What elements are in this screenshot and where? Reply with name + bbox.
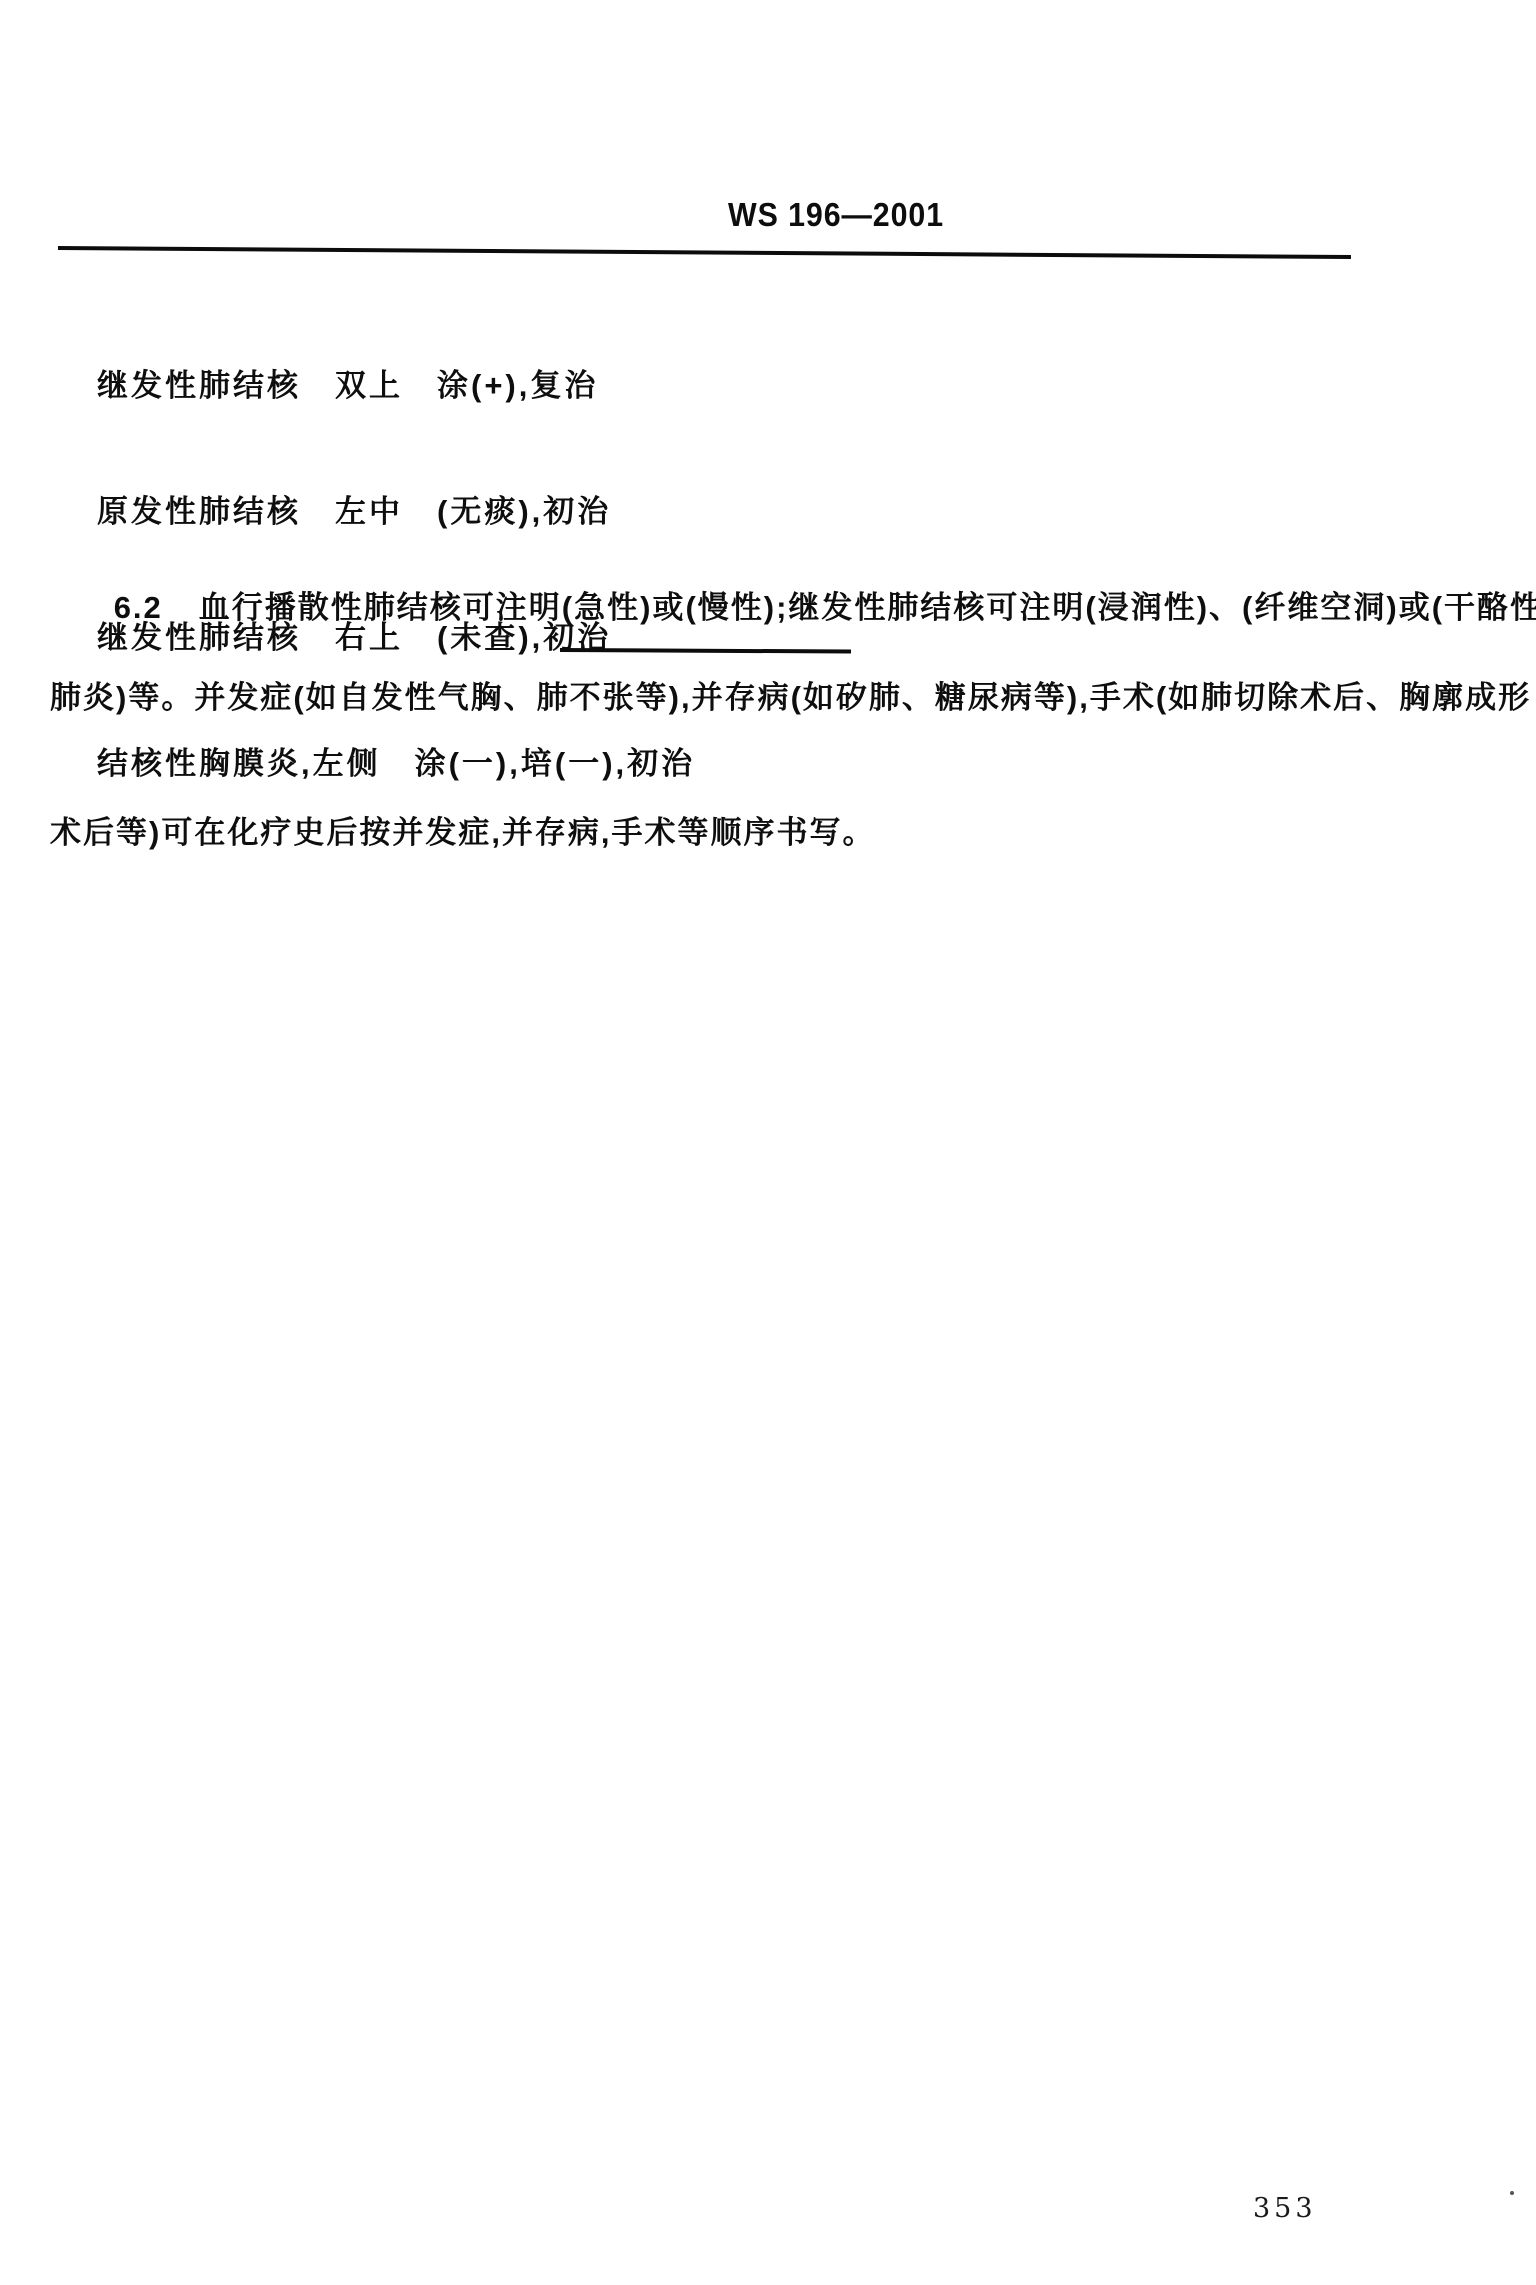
clause-text-line: 肺炎)等。并发症(如自发性气胸、肺不张等),并存病(如矽肺、糖尿病等),手术(如… [50,675,1370,720]
clause-number: 6.2 [114,590,163,625]
standard-number: WS 196—2001 [728,196,944,234]
example-line: 继发性肺结核 双上 涂(+),复治 [97,365,695,407]
clause-text-line: 血行播散性肺结核可注明(急性)或(慢性);继发性肺结核可注明(浸润性)、(纤维空… [199,590,1536,625]
clause-text-line: 术后等)可在化疗史后按并发症,并存病,手术等顺序书写。 [50,810,1370,855]
scan-speck [1510,2191,1514,2195]
header-rule [58,246,1351,259]
document-page: WS 196—2001 继发性肺结核 双上 涂(+),复治 原发性肺结核 左中 … [0,0,1536,2285]
clause-first-line: 6.2血行播散性肺结核可注明(急性)或(慢性);继发性肺结核可注明(浸润性)、(… [50,540,1370,585]
clause-6-2: 6.2血行播散性肺结核可注明(急性)或(慢性);继发性肺结核可注明(浸润性)、(… [50,450,1370,945]
page-number: 353 [1253,2193,1317,2224]
